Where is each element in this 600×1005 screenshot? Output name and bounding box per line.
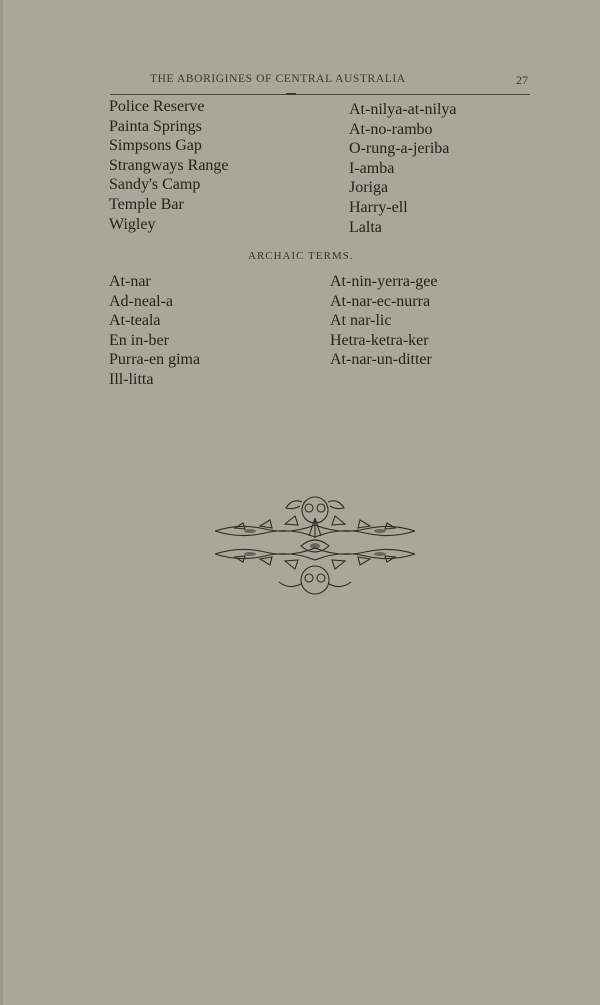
list-item: At-teala — [109, 311, 200, 331]
floral-tailpiece-ornament-icon — [205, 488, 425, 603]
list-item: At-no-rambo — [349, 120, 457, 140]
list-item: Ad-neal-a — [109, 292, 200, 312]
page-number: 27 — [516, 73, 528, 88]
list-item: En in-ber — [109, 331, 200, 351]
place-names-right-column: At-nilya-at-nilya At-no-rambo O-rung-a-j… — [349, 100, 457, 237]
list-item: At-nin-yerra-gee — [330, 272, 438, 292]
list-item: Harry-ell — [349, 198, 457, 218]
list-item: Ill-litta — [109, 370, 200, 390]
list-item: Purra-en gima — [109, 350, 200, 370]
page-edge — [0, 0, 3, 1005]
list-item: Strangways Range — [109, 156, 229, 176]
header-rule-divider — [110, 94, 530, 95]
running-head: THE ABORIGINES OF CENTRAL AUSTRALIA — [150, 73, 406, 85]
list-item: O-rung-a-jeriba — [349, 139, 457, 159]
list-item: At nar-lic — [330, 311, 438, 331]
list-item: Joriga — [349, 178, 457, 198]
list-item: Simpsons Gap — [109, 136, 229, 156]
list-item: At-nilya-at-nilya — [349, 100, 457, 120]
section-heading-archaic-terms: ARCHAIC TERMS. — [248, 250, 353, 262]
list-item: Police Reserve — [109, 97, 229, 117]
list-item: Temple Bar — [109, 195, 229, 215]
list-item: At-nar-un-ditter — [330, 350, 438, 370]
list-item: At-nar — [109, 272, 200, 292]
list-item: Lalta — [349, 218, 457, 238]
list-item: Sandy's Camp — [109, 175, 229, 195]
archaic-terms-right-column: At-nin-yerra-gee At-nar-ec-nurra At nar-… — [330, 272, 438, 370]
list-item: Hetra-ketra-ker — [330, 331, 438, 351]
list-item: Wigley — [109, 215, 229, 235]
list-item: I-amba — [349, 159, 457, 179]
list-item: Painta Springs — [109, 117, 229, 137]
archaic-terms-left-column: At-nar Ad-neal-a At-teala En in-ber Purr… — [109, 272, 200, 390]
list-item: At-nar-ec-nurra — [330, 292, 438, 312]
place-names-left-column: Police Reserve Painta Springs Simpsons G… — [109, 97, 229, 234]
